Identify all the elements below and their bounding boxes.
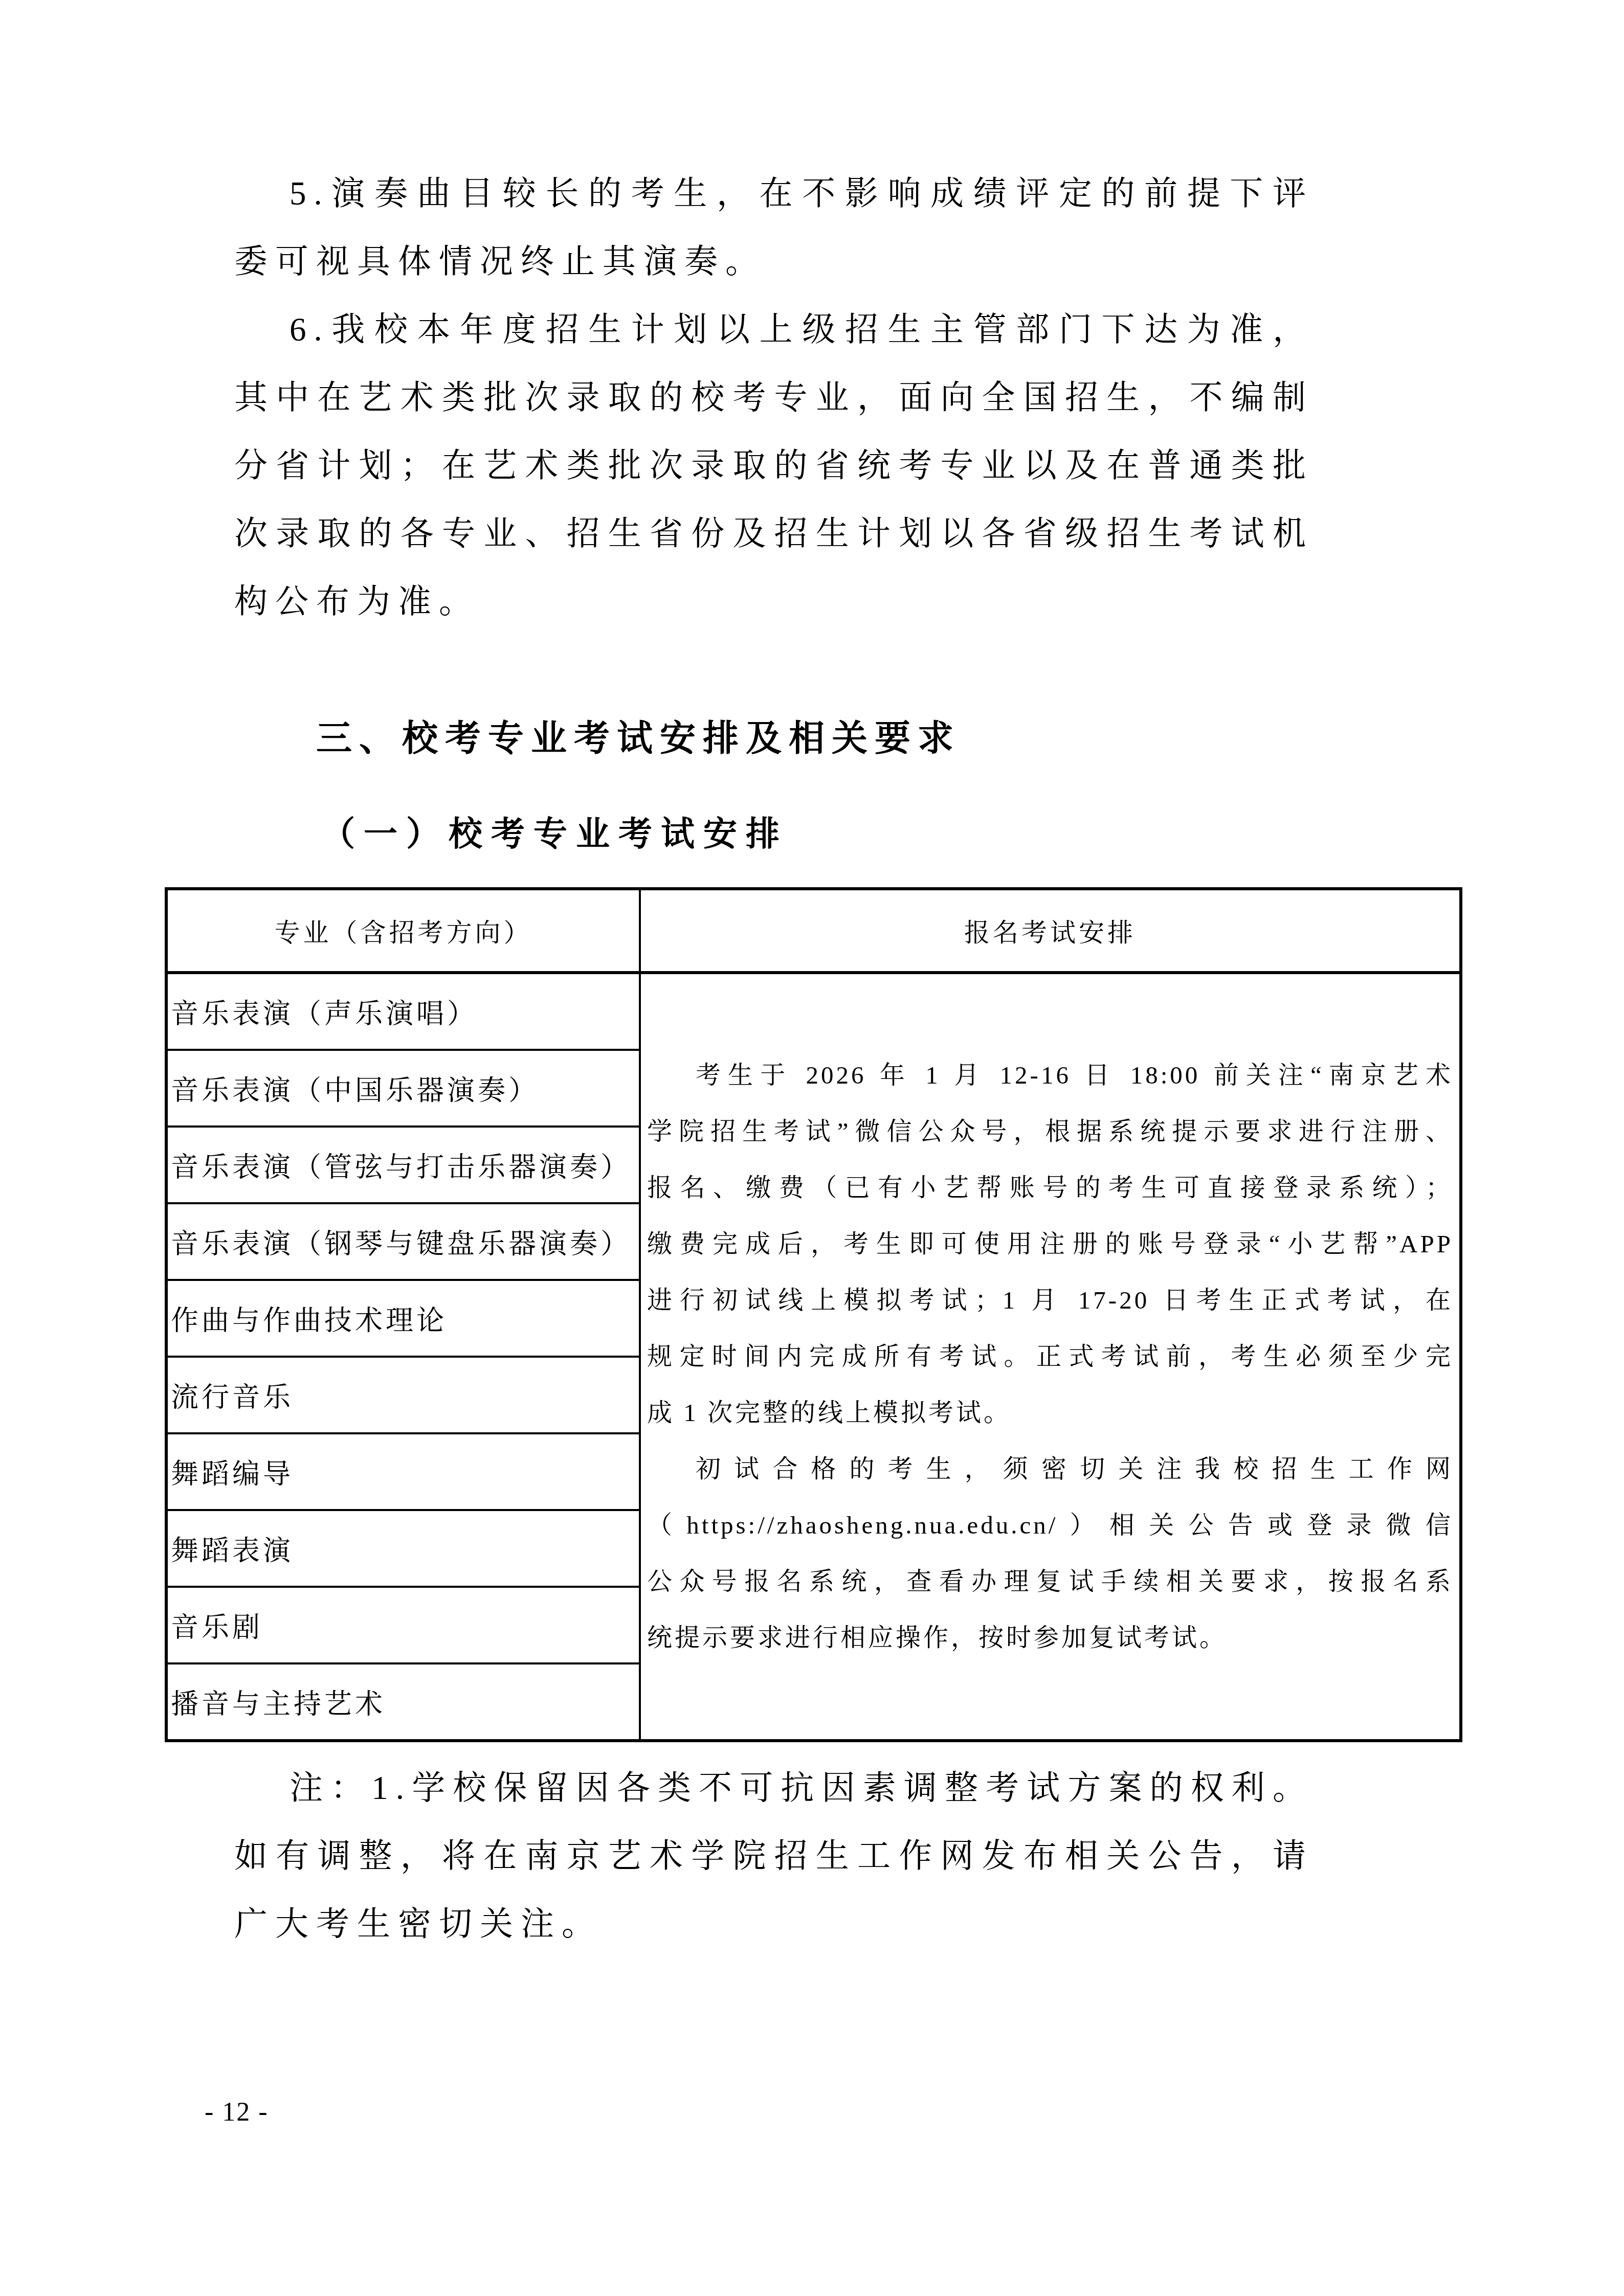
text-line: 进行初试线上模拟考试；1 月 17-20 日考生正式考试，在: [647, 1272, 1453, 1329]
text-line: 缴费完成后，考生即可使用注册的账号登录“小艺帮”APP: [647, 1216, 1453, 1272]
text-line: 统提示要求进行相应操作，按时参加复试考试。: [647, 1610, 1453, 1666]
document-flow: 5.演奏曲目较长的考生，在不影响成绩评定的前提下评委可视具体情况终止其演奏。 6…: [0, 0, 1624, 2126]
exam-arrangement-table: 专业（含招考方向） 报名考试安排 音乐表演（声乐演唱） 考生于 2026 年 1…: [165, 887, 1462, 1742]
text-line: 5.演奏曲目较长的考生，在不影响成绩评定的前提下评: [234, 160, 1314, 228]
text-line: 注：1.学校保留因各类不可抗因素调整考试方案的权利。: [234, 1754, 1314, 1822]
text-line: 公众号报名系统，查看办理复试手续相关要求，按报名系: [647, 1554, 1453, 1610]
major-cell: 音乐表演（钢琴与键盘乐器演奏）: [166, 1203, 640, 1280]
page-number: - 12 -: [205, 2099, 1624, 2126]
major-cell: 舞蹈编导: [166, 1433, 640, 1510]
arrangement-cell: 考生于 2026 年 1 月 12-16 日 18:00 前关注“南京艺术学院招…: [640, 973, 1461, 1741]
text-line: 学院招生考试”微信公众号，根据系统提示要求进行注册、: [647, 1104, 1453, 1160]
major-cell: 音乐剧: [166, 1587, 640, 1663]
arrangement-text: 考生于 2026 年 1 月 12-16 日 18:00 前关注“南京艺术学院招…: [647, 1047, 1453, 1666]
table-header-arrangement: 报名考试安排: [640, 889, 1461, 973]
text-line: 考生于 2026 年 1 月 12-16 日 18:00 前关注“南京艺术: [647, 1047, 1453, 1104]
table-header-row: 专业（含招考方向） 报名考试安排: [166, 889, 1461, 973]
paragraph-5: 5.演奏曲目较长的考生，在不影响成绩评定的前提下评委可视具体情况终止其演奏。: [234, 160, 1314, 296]
text-line: 初试合格的考生，须密切关注我校招生工作网: [647, 1441, 1453, 1497]
major-cell: 流行音乐: [166, 1357, 640, 1433]
major-cell: 作曲与作曲技术理论: [166, 1280, 640, 1357]
subsection-heading: （一）校考专业考试安排: [234, 800, 1624, 868]
text-line: 其中在艺术类批次录取的校考专业，面向全国招生，不编制: [234, 364, 1314, 432]
text-line: （https://zhaosheng.nua.edu.cn/）相关公告或登录微信: [647, 1497, 1453, 1554]
text-line: 广大考生密切关注。: [234, 1890, 1314, 1959]
major-cell: 播音与主持艺术: [166, 1663, 640, 1741]
text-line: 次录取的各专业、招生省份及招生计划以各省级招生考试机: [234, 500, 1314, 568]
text-line: 如有调整，将在南京艺术学院招生工作网发布相关公告，请: [234, 1822, 1314, 1890]
major-cell: 舞蹈表演: [166, 1510, 640, 1587]
text-line: 6.我校本年度招生计划以上级招生主管部门下达为准，: [234, 296, 1314, 364]
text-line: 构公布为准。: [234, 568, 1314, 636]
paragraph-6: 6.我校本年度招生计划以上级招生主管部门下达为准，其中在艺术类批次录取的校考专业…: [234, 296, 1314, 636]
text-line: 报名、缴费（已有小艺帮账号的考生可直接登录系统）；: [647, 1160, 1453, 1216]
text-line: 成 1 次完整的线上模拟考试。: [647, 1385, 1453, 1441]
major-cell: 音乐表演（声乐演唱）: [166, 973, 640, 1050]
section-heading: 三、校考专业考试安排及相关要求: [234, 705, 1624, 773]
major-cell: 音乐表演（中国乐器演奏）: [166, 1050, 640, 1127]
note-paragraph: 注：1.学校保留因各类不可抗因素调整考试方案的权利。如有调整，将在南京艺术学院招…: [234, 1754, 1314, 1959]
text-line: 分省计划；在艺术类批次录取的省统考专业以及在普通类批: [234, 432, 1314, 500]
text-line: 规定时间内完成所有考试。正式考试前，考生必须至少完: [647, 1329, 1453, 1385]
table-header-major: 专业（含招考方向）: [166, 889, 640, 973]
major-cell: 音乐表演（管弦与打击乐器演奏）: [166, 1127, 640, 1203]
document-page: 5.演奏曲目较长的考生，在不影响成绩评定的前提下评委可视具体情况终止其演奏。 6…: [0, 0, 1624, 2296]
text-line: 委可视具体情况终止其演奏。: [234, 228, 1314, 296]
table-row: 音乐表演（声乐演唱） 考生于 2026 年 1 月 12-16 日 18:00 …: [166, 973, 1461, 1050]
